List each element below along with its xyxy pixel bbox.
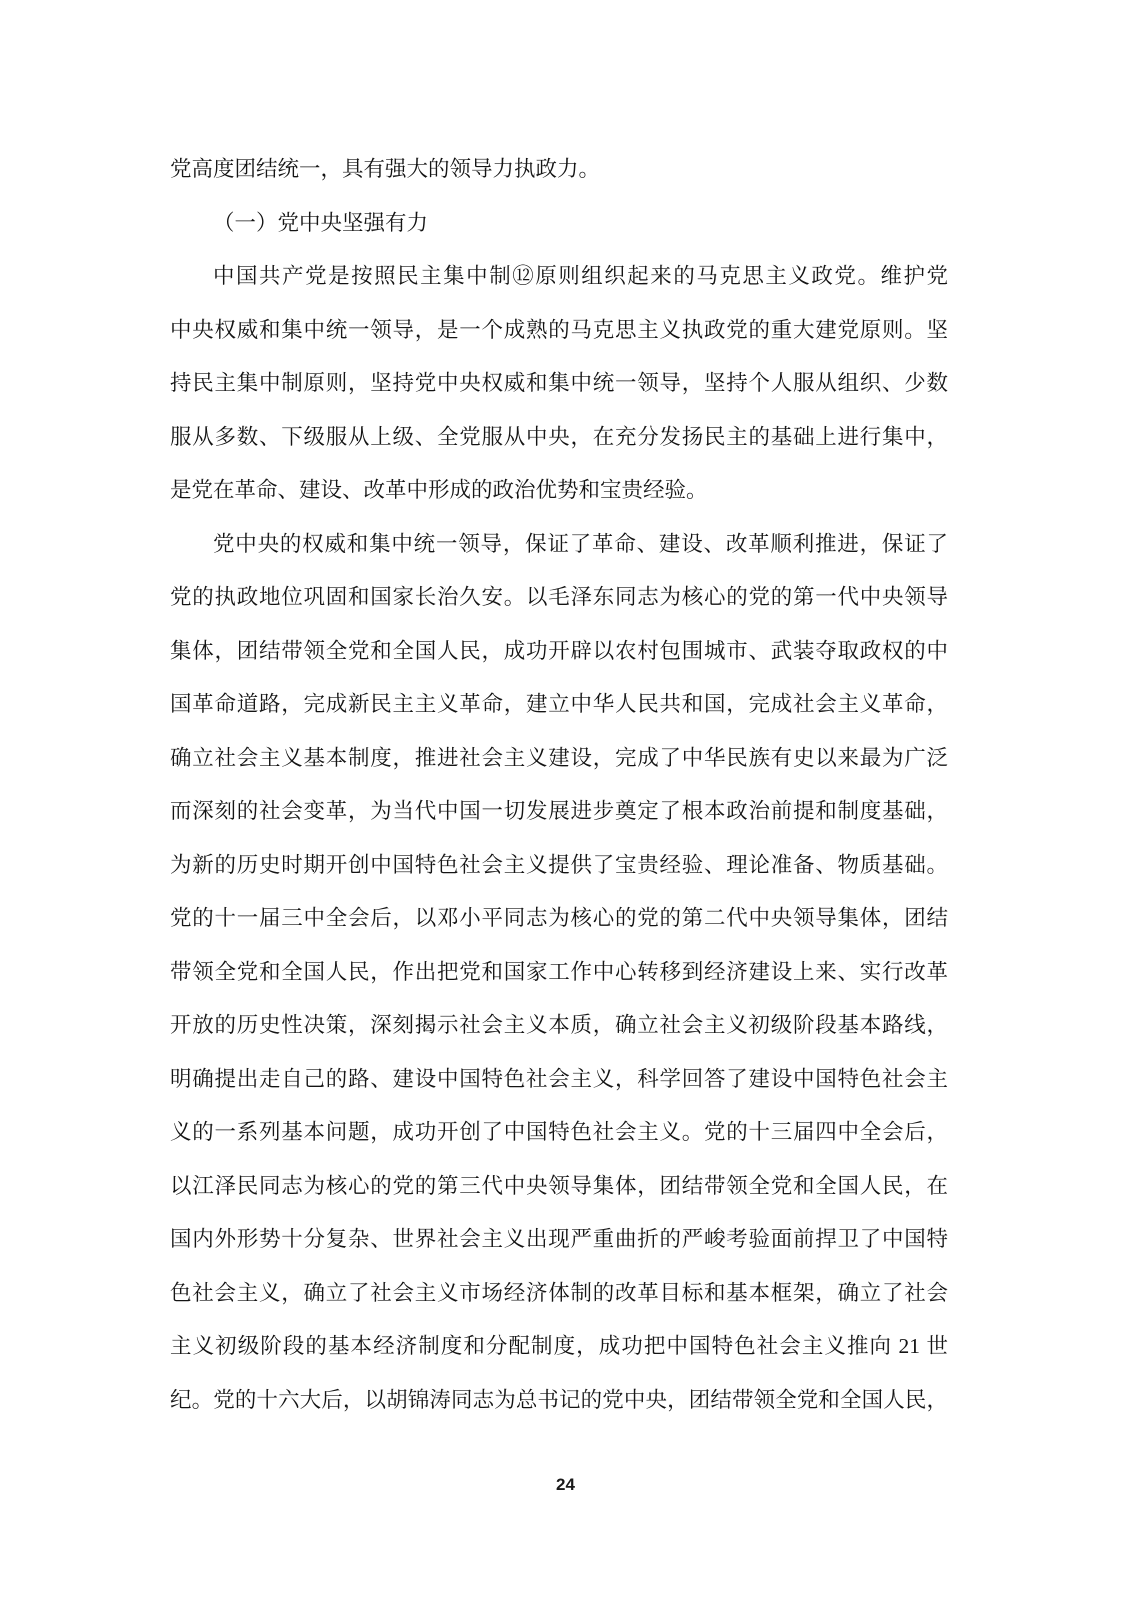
text-line: 色社会主义，确立了社会主义市场经济体制的改革目标和基本框架，确立了社会 [170, 1267, 948, 1321]
text-line: 持民主集中制原则，坚持党中央权威和集中统一领导，坚持个人服从组织、少数 [170, 357, 948, 411]
text-line: 带领全党和全国人民，作出把党和国家工作中心转移到经济建设上来、实行改革 [170, 946, 948, 1000]
text-line: 集体，团结带领全党和全国人民，成功开辟以农村包围城市、武装夺取政权的中 [170, 625, 948, 679]
text-line: 以江泽民同志为核心的党的第三代中央领导集体，团结带领全党和全国人民，在 [170, 1160, 948, 1214]
document-page: 党高度团结统一，具有强大的领导力执政力。（一）党中央坚强有力中国共产党是按照民主… [0, 0, 1131, 1600]
text-line: 而深刻的社会变革，为当代中国一切发展进步奠定了根本政治前提和制度基础， [170, 785, 948, 839]
text-line: 党的十一届三中全会后，以邓小平同志为核心的党的第二代中央领导集体，团结 [170, 892, 948, 946]
page-number: 24 [0, 1475, 1131, 1495]
text-line: 确立社会主义基本制度，推进社会主义建设，完成了中华民族有史以来最为广泛 [170, 732, 948, 786]
text-line: 为新的历史时期开创中国特色社会主义提供了宝贵经验、理论准备、物质基础。 [170, 839, 948, 893]
text-line: 开放的历史性决策，深刻揭示社会主义本质，确立社会主义初级阶段基本路线， [170, 999, 948, 1053]
body-text: 党高度团结统一，具有强大的领导力执政力。（一）党中央坚强有力中国共产党是按照民主… [170, 143, 948, 1427]
text-line: 主义初级阶段的基本经济制度和分配制度，成功把中国特色社会主义推向 21 世 [170, 1320, 948, 1374]
text-line: 义的一系列基本问题，成功开创了中国特色社会主义。党的十三届四中全会后， [170, 1106, 948, 1160]
section-heading: （一）党中央坚强有力 [170, 197, 948, 251]
text-line: 国内外形势十分复杂、世界社会主义出现严重曲折的严峻考验面前捍卫了中国特 [170, 1213, 948, 1267]
text-line: 中国共产党是按照民主集中制⑫原则组织起来的马克思主义政党。维护党 [170, 250, 948, 304]
text-line: 党中央的权威和集中统一领导，保证了革命、建设、改革顺利推进，保证了 [170, 518, 948, 572]
text-line: 国革命道路，完成新民主主义革命，建立中华人民共和国，完成社会主义革命， [170, 678, 948, 732]
text-line: 明确提出走自己的路、建设中国特色社会主义，科学回答了建设中国特色社会主 [170, 1053, 948, 1107]
text-line: 党的执政地位巩固和国家长治久安。以毛泽东同志为核心的党的第一代中央领导 [170, 571, 948, 625]
text-line: （一）党中央坚强有力 [170, 197, 948, 251]
text-line: 服从多数、下级服从上级、全党服从中央，在充分发扬民主的基础上进行集中， [170, 411, 948, 465]
text-line: 中央权威和集中统一领导，是一个成熟的马克思主义执政党的重大建党原则。坚 [170, 304, 948, 358]
text-line: 是党在革命、建设、改革中形成的政治优势和宝贵经验。 [170, 464, 948, 518]
carryover-paragraph: 党高度团结统一，具有强大的领导力执政力。 [170, 143, 948, 197]
text-line: 纪。党的十六大后，以胡锦涛同志为总书记的党中央，团结带领全党和全国人民， [170, 1374, 948, 1428]
text-line: 党高度团结统一，具有强大的领导力执政力。 [170, 143, 948, 197]
paragraph-central-leadership-history: 党中央的权威和集中统一领导，保证了革命、建设、改革顺利推进，保证了党的执政地位巩… [170, 518, 948, 1428]
paragraph-democratic-centralism: 中国共产党是按照民主集中制⑫原则组织起来的马克思主义政党。维护党中央权威和集中统… [170, 250, 948, 518]
